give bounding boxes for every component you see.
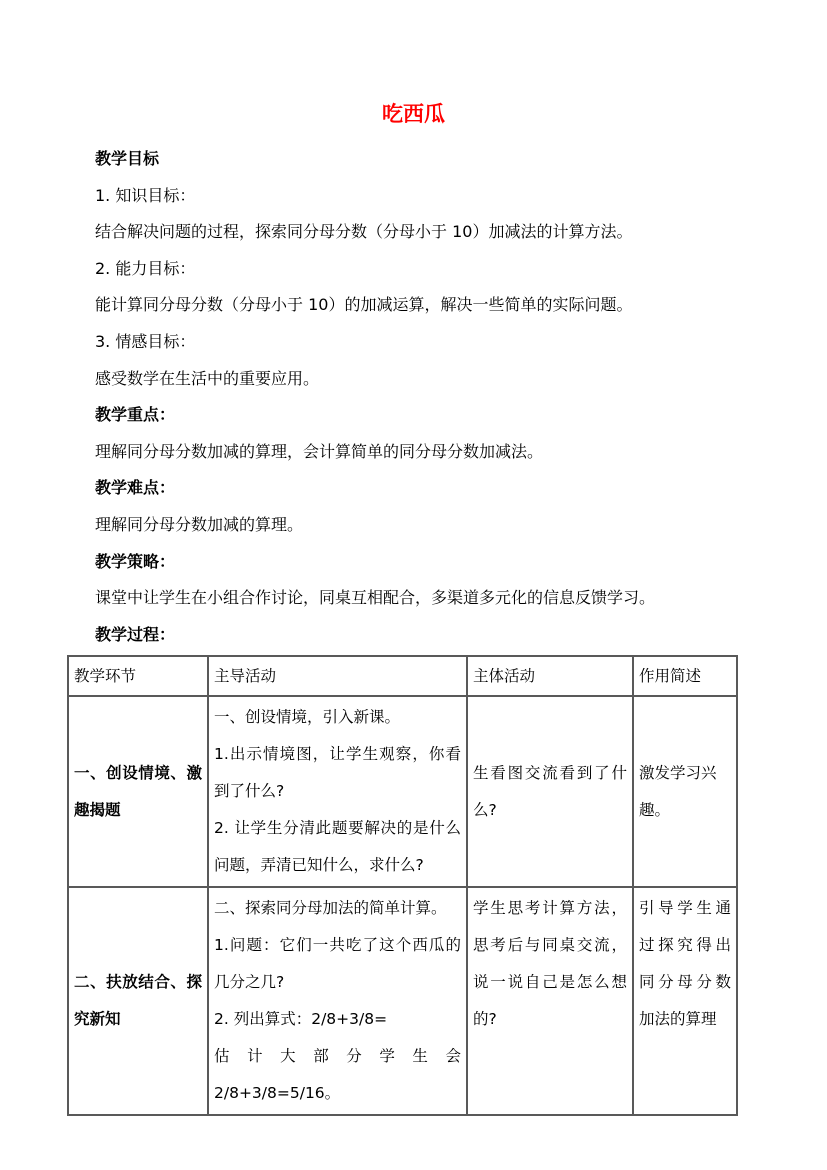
document-page: 吃西瓜 教学目标 1. 知识目标： 结合解决问题的过程，探索同分母分数（分母小于… <box>0 0 827 1170</box>
heading-teaching-difficulties: 教学难点： <box>95 470 767 507</box>
document-body: 教学目标 1. 知识目标： 结合解决问题的过程，探索同分母分数（分母小于 10）… <box>95 141 767 653</box>
cell-student-activity: 学生思考计算方法，思考后与同桌交流，说一说自己是怎么想的? <box>467 887 633 1115</box>
heading-teaching-key-points: 教学重点： <box>95 397 767 434</box>
para-strategy-text: 课堂中让学生在小组合作讨论，同桌互相配合，多渠道多元化的信息反馈学习。 <box>95 580 767 617</box>
teacher-activity-line: 二、探索同分母加法的简单计算。 <box>214 890 461 927</box>
table-header-row: 教学环节 主导活动 主体活动 作用简述 <box>68 656 737 696</box>
heading-teaching-strategy: 教学策略： <box>95 544 767 581</box>
para-emotion-goal-text: 感受数学在生活中的重要应用。 <box>95 361 767 398</box>
header-stage: 教学环节 <box>68 656 208 696</box>
teacher-activity-line: 1.问题：它们一共吃了这个西瓜的几分之几? <box>214 927 461 1001</box>
para-knowledge-goal-text: 结合解决问题的过程，探索同分母分数（分母小于 10）加减法的计算方法。 <box>95 214 767 251</box>
para-ability-goal-label: 2. 能力目标： <box>95 251 767 288</box>
table-row-stage-1: 一、创设情境、激趣揭题 一、创设情境，引入新课。 1.出示情境图，让学生观察，你… <box>68 696 737 887</box>
cell-purpose: 激发学习兴趣。 <box>633 696 737 887</box>
heading-teaching-process: 教学过程： <box>95 617 767 654</box>
para-difficulties-text: 理解同分母分数加减的算理。 <box>95 507 767 544</box>
page-title: 吃西瓜 <box>0 0 827 129</box>
header-purpose: 作用简述 <box>633 656 737 696</box>
cell-student-activity: 生看图交流看到了什么? <box>467 696 633 887</box>
para-ability-goal-text: 能计算同分母分数（分母小于 10）的加减运算，解决一些简单的实际问题。 <box>95 287 767 324</box>
teacher-activity-line: 一、创设情境，引入新课。 <box>214 699 461 736</box>
teaching-process-table: 教学环节 主导活动 主体活动 作用简述 一、创设情境、激趣揭题 一、创设情境，引… <box>67 655 738 1116</box>
para-knowledge-goal-label: 1. 知识目标： <box>95 178 767 215</box>
teacher-activity-line: 1.出示情境图，让学生观察，你看到了什么? <box>214 736 461 810</box>
heading-teaching-objectives: 教学目标 <box>95 141 767 178</box>
cell-teacher-activity: 二、探索同分母加法的简单计算。 1.问题：它们一共吃了这个西瓜的几分之几? 2.… <box>208 887 467 1115</box>
header-student-activity: 主体活动 <box>467 656 633 696</box>
table-row-stage-2: 二、扶放结合、探究新知 二、探索同分母加法的简单计算。 1.问题：它们一共吃了这… <box>68 887 737 1115</box>
cell-purpose: 引导学生通过探究得出同分母分数加法的算理 <box>633 887 737 1115</box>
cell-teacher-activity: 一、创设情境，引入新课。 1.出示情境图，让学生观察，你看到了什么? 2. 让学… <box>208 696 467 887</box>
para-key-points-text: 理解同分母分数加减的算理，会计算简单的同分母分数加减法。 <box>95 434 767 471</box>
cell-stage: 二、扶放结合、探究新知 <box>68 887 208 1115</box>
cell-stage: 一、创设情境、激趣揭题 <box>68 696 208 887</box>
teacher-activity-line: 2. 列出算式：2/8+3/8= <box>214 1001 461 1038</box>
teacher-activity-line: 估计大部分学生会 2/8+3/8=5/16。 <box>214 1038 461 1112</box>
teacher-activity-line: 2. 让学生分清此题要解决的是什么问题，弄清已知什么，求什么? <box>214 810 461 884</box>
para-emotion-goal-label: 3. 情感目标： <box>95 324 767 361</box>
header-teacher-activity: 主导活动 <box>208 656 467 696</box>
